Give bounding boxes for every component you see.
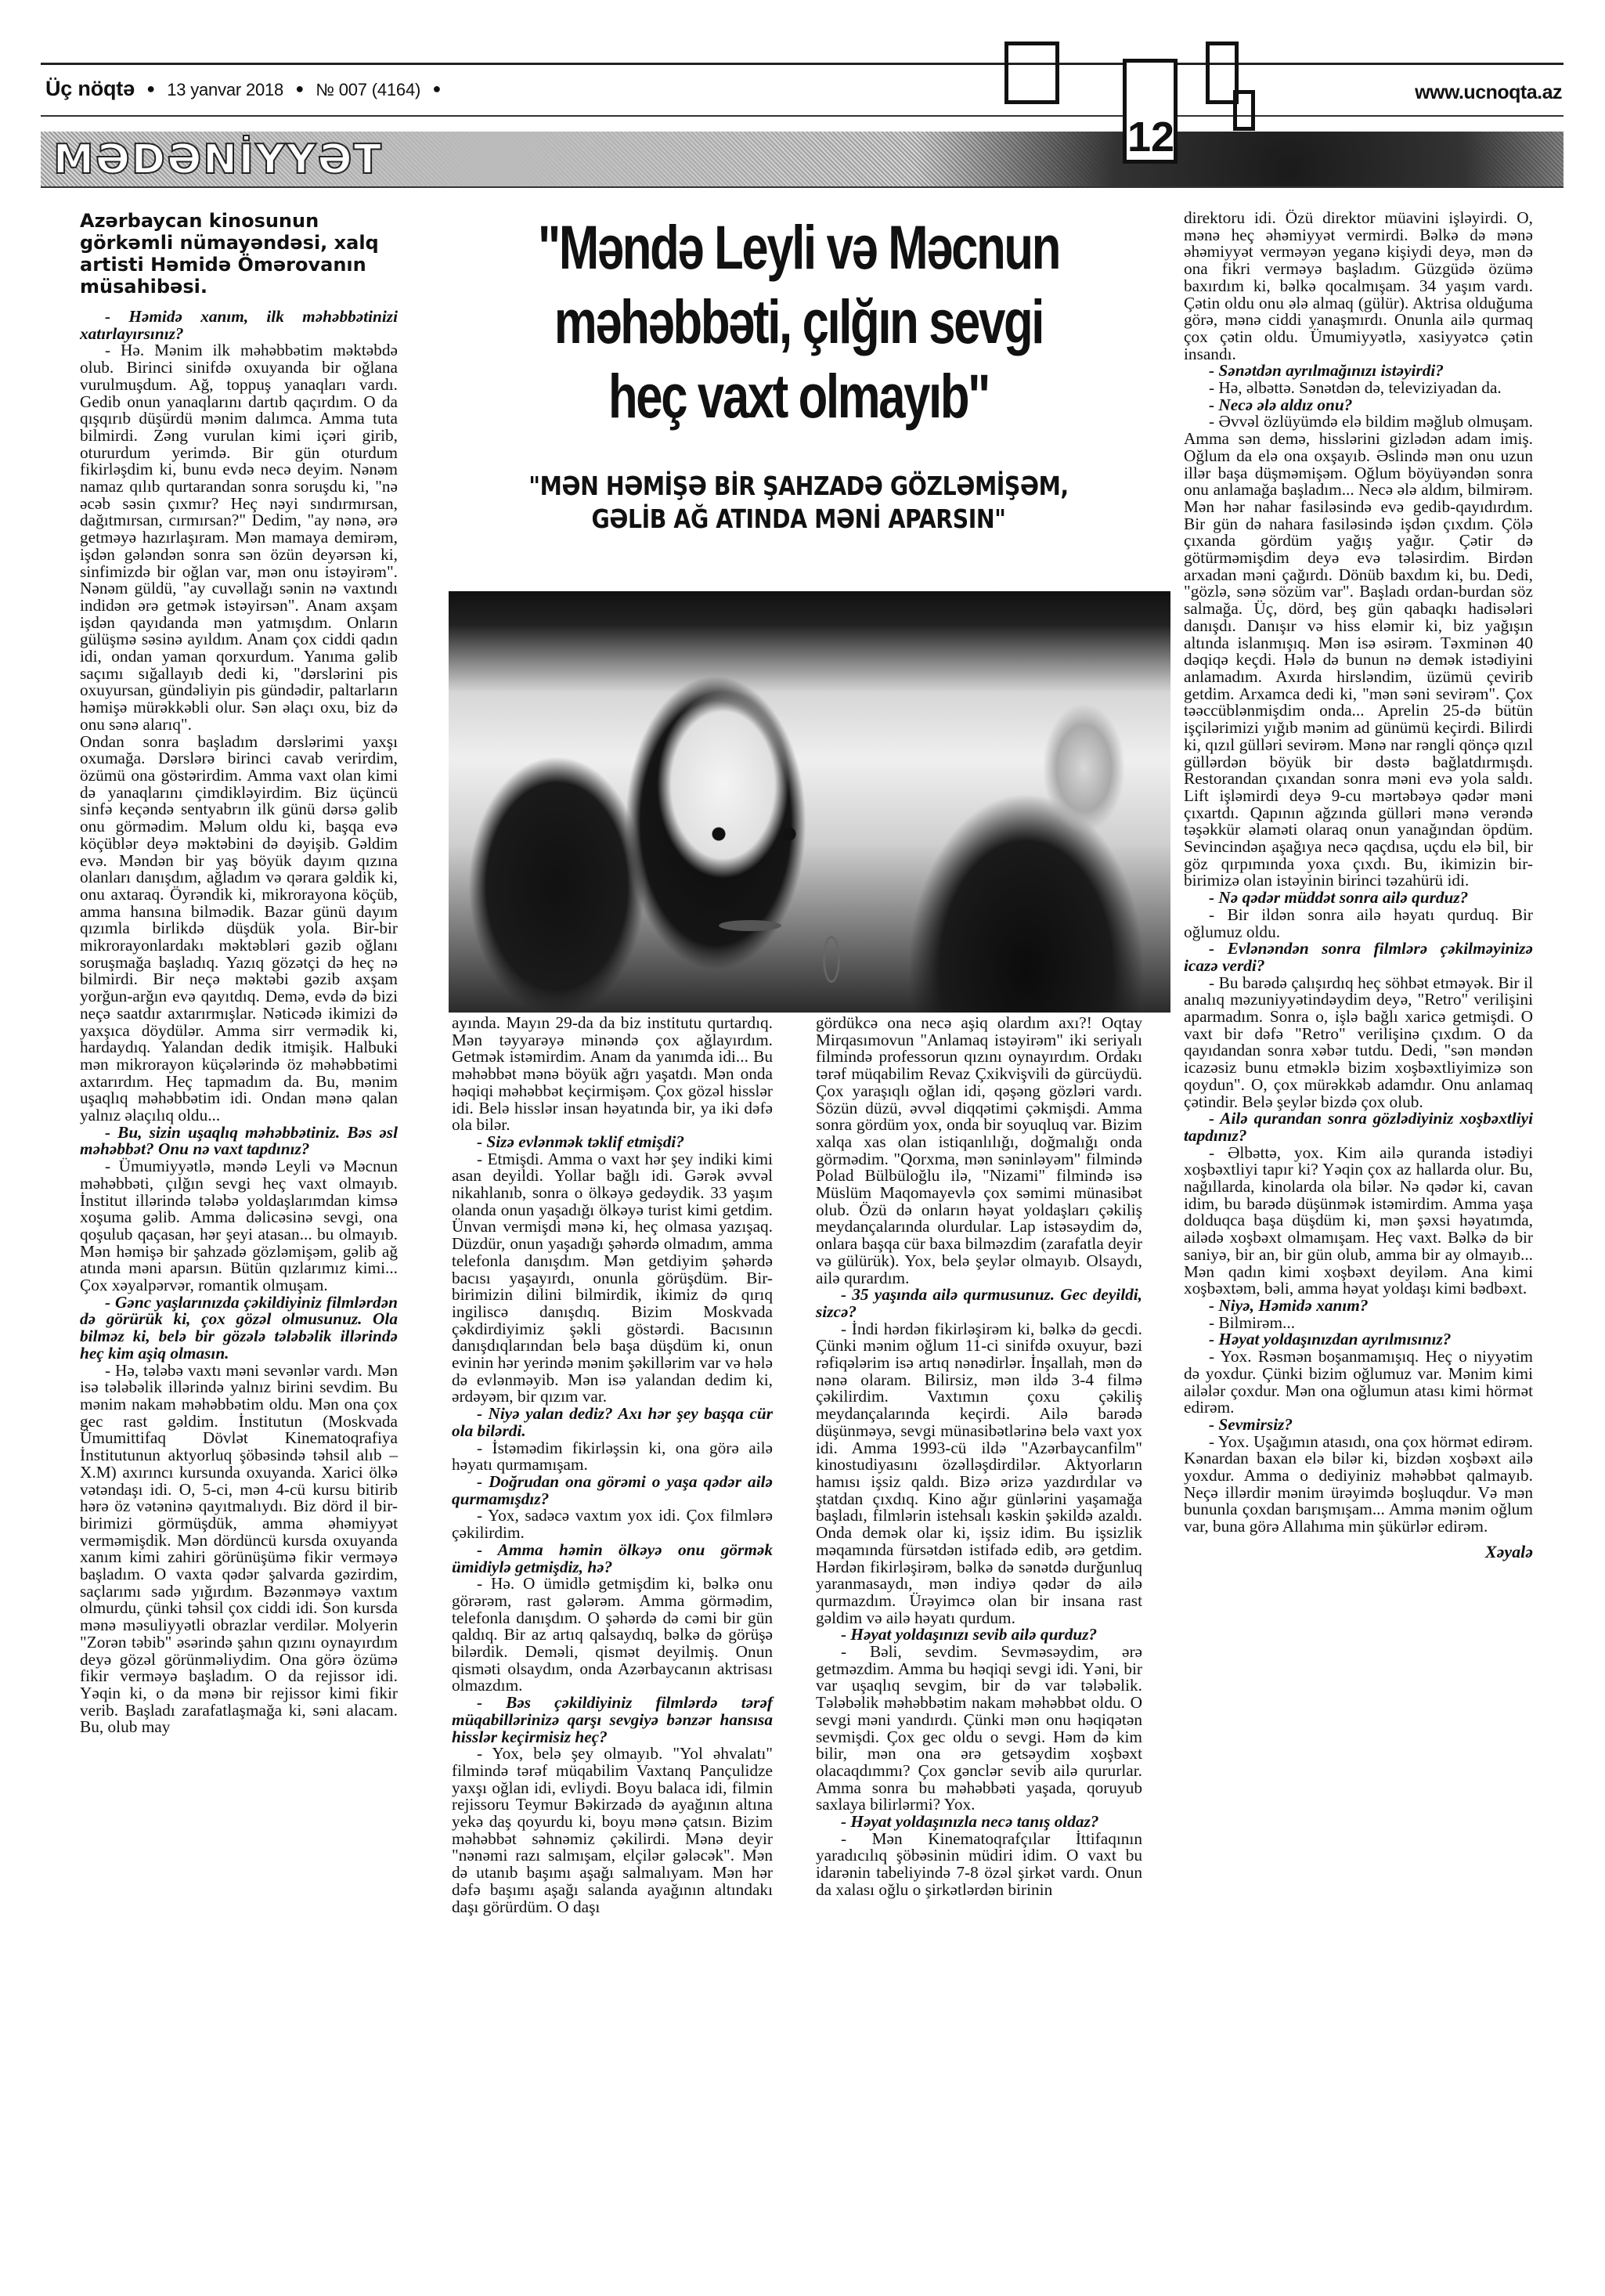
interview-answer: - Bəli, sevdim. Sevməsəydim, ərə getməzd… (816, 1644, 1142, 1814)
bullet-icon: ● (146, 81, 155, 96)
interview-answer: direktoru idi. Özü direktor müavini işlə… (1184, 210, 1533, 363)
interview-question: - Bu, sizin uşaqlıq məhəbbətiniz. Bəs əs… (80, 1125, 398, 1158)
interview-answer: - Yox. Uşağımın atasıdı, ona çox hörmət … (1184, 1434, 1533, 1536)
interview-question: - Sevmirsiz? (1184, 1417, 1533, 1434)
interview-answer: - Hə, əlbəttə. Sənətdən də, televiziyada… (1184, 380, 1533, 397)
interview-answer: Ondan sonra başladım dərslərimi yaxşı ox… (80, 734, 398, 1125)
photo-detail (823, 936, 840, 983)
article-lead: Azərbaycan kinosunun görkəmli nümayəndəs… (80, 210, 398, 298)
interview-question: - Bəs çəkildiyiniz filmlərdə tərəf müqab… (452, 1695, 773, 1745)
interview-answer: - Əlbəttə, yox. Kim ailə quranda istədiy… (1184, 1145, 1533, 1298)
interview-question: - Sənətdən ayrılmağınızı istəyirdi? (1184, 363, 1533, 380)
article-photo (449, 591, 1170, 1013)
interview-question: - Həyat yoldaşınızla necə tanış oldaz? (816, 1814, 1142, 1831)
interview-answer: - Hə. O ümidlə getmişdim ki, bəlkə onu g… (452, 1576, 773, 1695)
interview-question: - Həmidə xanım, ilk məhəbbətinizi xatırl… (80, 309, 398, 342)
article-column-3: gördükcə ona necə aşiq olardım axı?! Oqt… (816, 1015, 1142, 1899)
interview-question: - Amma həmin ölkəyə onu görmək ümidiylə … (452, 1542, 773, 1576)
interview-answer: - Əvvəl özlüyümdə elə bildim məğlub olmu… (1184, 413, 1533, 890)
interview-answer: - Ümumiyyətlə, məndə Leyli və Məcnun məh… (80, 1158, 398, 1294)
interview-question: - Necə ələ aldız onu? (1184, 397, 1533, 414)
column-body: - Həmidə xanım, ilk məhəbbətinizi xatırl… (80, 309, 398, 1736)
newspaper-name: Üç nöqtə (45, 77, 135, 100)
article-subheadline: "MƏN HƏMİŞƏ BİR ŞAHZADƏ GÖZLƏMİŞƏM, GƏLİ… (489, 470, 1108, 536)
article-column-2: ayında. Mayın 29-da da biz institutu qur… (452, 1015, 773, 1915)
interview-question: - Gənc yaşlarınızda çəkildiyiniz filmlər… (80, 1294, 398, 1363)
photo-detail (695, 826, 813, 842)
issue-number: № 007 (4164) (316, 80, 420, 99)
issue-date: 13 yanvar 2018 (167, 80, 283, 99)
interview-question: - Niyə, Həmidə xanım? (1184, 1298, 1533, 1315)
bullet-icon: ● (295, 81, 304, 96)
column-body: ayında. Mayın 29-da da biz institutu qur… (452, 1015, 773, 1915)
interview-question: - Doğrudan ona görəmi o yaşa qədər ailə … (452, 1474, 773, 1507)
article-headline: "Məndə Leyli və Məcnun məhəbbəti, çılğın… (518, 210, 1080, 433)
masthead: Üç nöqtə ● 13 yanvar 2018 ● № 007 (4164)… (45, 77, 447, 101)
interview-answer: - Yox, sadəcə vaxtım yox idi. Çox filmlə… (452, 1507, 773, 1541)
interview-answer: - Hə, tələbə vaxtı məni sevənlər vardı. … (80, 1363, 398, 1736)
interview-answer: gördükcə ona necə aşiq olardım axı?! Oqt… (816, 1015, 1142, 1287)
article-column-1: Azərbaycan kinosunun görkəmli nümayəndəs… (80, 210, 398, 1736)
header-bottom-rule (41, 115, 1564, 117)
page-number-frame-icon (1206, 42, 1239, 104)
interview-answer: - Bilmirəm... (1184, 1315, 1533, 1332)
interview-question: - Həyat yoldaşınızı sevib ailə qurduz? (816, 1626, 1142, 1644)
interview-answer: - Yox, belə şey olmayıb. "Yol əhvalatı" … (452, 1745, 773, 1915)
page-number: 12 (1127, 116, 1173, 158)
interview-answer: - Mən Kinematoqrafçılar İttifaqının yara… (816, 1831, 1142, 1899)
website-url[interactable]: www.ucnoqta.az (1415, 81, 1562, 104)
interview-answer: - Hə. Mənim ilk məhəbbətim məktəbdə olub… (80, 342, 398, 733)
interview-question: - Həyat yoldaşınızdan ayrılmısınız? (1184, 1331, 1533, 1348)
interview-answer: - Yox. Rəsmən boşanmamışıq. Heç o niyyət… (1184, 1348, 1533, 1417)
section-title: MƏDƏNİYYƏT (53, 139, 383, 180)
interview-question: - Niyə yalan dediz? Axı hər şey başqa cü… (452, 1406, 773, 1439)
interview-question: - Ailə qurandan sonra gözlədiyiniz xoşbə… (1184, 1110, 1533, 1144)
column-body: gördükcə ona necə aşiq olardım axı?! Oqt… (816, 1015, 1142, 1899)
interview-answer: ayında. Mayın 29-da da biz institutu qur… (452, 1015, 773, 1134)
interview-question: - Sizə evlənmək təklif etmişdi? (452, 1134, 773, 1151)
author-signature: Xəyalə (1184, 1543, 1533, 1561)
interview-answer: - İndi hərdən fikirləşirəm ki, bəlkə də … (816, 1321, 1142, 1627)
interview-question: - 35 yaşında ailə qurmusunuz. Gec deyild… (816, 1287, 1142, 1320)
photo-detail (719, 920, 781, 931)
page-number-frame-icon (1004, 42, 1059, 104)
interview-answer: - İstəmədim fikirləşsin ki, ona görə ail… (452, 1440, 773, 1474)
interview-question: - Evlənəndən sonra filmlərə çəkilməyiniz… (1184, 940, 1533, 974)
interview-question: - Nə qədər müddət sonra ailə qurduz? (1184, 890, 1533, 907)
bullet-icon: ● (432, 81, 441, 96)
column-body: direktoru idi. Özü direktor müavini işlə… (1184, 210, 1533, 1536)
interview-answer: - Bu barədə çalışırdıq heç söhbət etməyə… (1184, 975, 1533, 1111)
interview-answer: - Bir ildən sonra ailə həyatı qurduq. Bi… (1184, 907, 1533, 940)
interview-answer: - Etmişdi. Amma o vaxt hər şey indiki ki… (452, 1151, 773, 1406)
header-top-rule (41, 63, 1564, 65)
article-column-4: direktoru idi. Özü direktor müavini işlə… (1184, 210, 1533, 1561)
